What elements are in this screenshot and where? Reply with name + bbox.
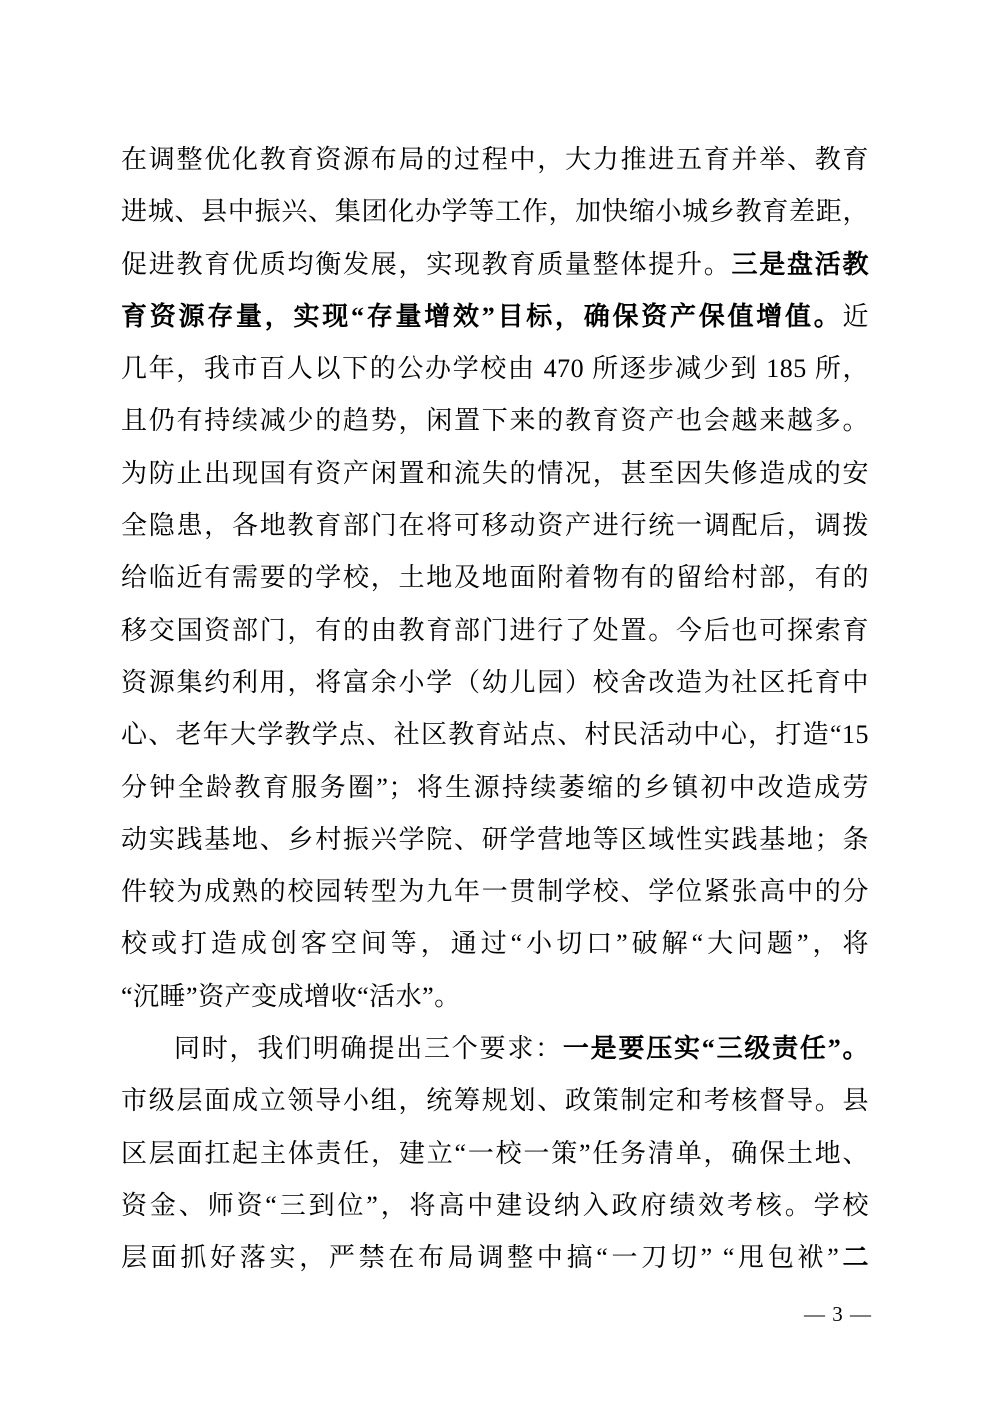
- document-line: “沉睡”资产变成增收“活水”。: [121, 971, 869, 1023]
- document-line: 在调整优化教育资源布局的过程中，大力推进五育并举、教育: [121, 134, 869, 186]
- text-run: 同时，我们明确提出三个要求：: [174, 1034, 563, 1063]
- text-run-bold: 三是盘活教: [731, 250, 869, 279]
- text-run: 资金、师资“三到位”，将高中建设纳入政府绩效考核。学校: [121, 1191, 869, 1220]
- text-run: 资源集约利用，将富余小学（幼儿园）校舍改造为社区托育中: [121, 668, 869, 697]
- document-line: 给临近有需要的学校，土地及地面附着物有的留给村部，有的: [121, 552, 869, 604]
- text-run: 近: [842, 302, 869, 331]
- text-run: 给临近有需要的学校，土地及地面附着物有的留给村部，有的: [121, 563, 869, 592]
- document-line: 且仍有持续减少的趋势，闲置下来的教育资产也会越来越多。: [121, 395, 869, 447]
- text-run: 促进教育优质均衡发展，实现教育质量整体提升。: [121, 250, 731, 279]
- document-line: 市级层面成立领导小组，统筹规划、政策制定和考核督导。县: [121, 1075, 869, 1127]
- document-line: 几年，我市百人以下的公办学校由 470 所逐步减少到 185 所，: [121, 343, 869, 395]
- document-line: 层面抓好落实，严禁在布局调整中搞“一刀切” “甩包袱”二: [121, 1232, 869, 1284]
- text-run: 全隐患，各地教育部门在将可移动资产进行统一调配后，调拨: [121, 511, 869, 540]
- text-run: 层面抓好落实，严禁在布局调整中搞“一刀切” “甩包袱”: [121, 1243, 839, 1272]
- text-run: 件较为成熟的校园转型为九年一贯制学校、学位紧张高中的分: [121, 877, 869, 906]
- text-run: 进城、县中振兴、集团化办学等工作，加快缩小城乡教育差距，: [121, 197, 869, 226]
- document-line: 资源集约利用，将富余小学（幼儿园）校舍改造为社区托育中: [121, 657, 869, 709]
- text-run: 在调整优化教育资源布局的过程中，大力推进五育并举、教育: [121, 145, 869, 174]
- text-run: 为防止出现国有资产闲置和流失的情况，甚至因失修造成的安: [121, 459, 869, 488]
- document-line: 校或打造成创客空间等，通过“小切口”破解“大问题”，将: [121, 918, 869, 970]
- text-run: 且仍有持续减少的趋势，闲置下来的教育资产也会越来越多。: [121, 406, 869, 435]
- text-run-bold: 一是要压实“三级责任”。: [563, 1034, 869, 1063]
- page-number: — 3 —: [804, 1302, 872, 1327]
- document-line: 动实践基地、乡村振兴学院、研学营地等区域性实践基地；条: [121, 814, 869, 866]
- text-run: 几年，我市百人以下的公办学校由 470 所逐步减少到 185 所，: [121, 354, 869, 383]
- document-line: 分钟全龄教育服务圈”；将生源持续萎缩的乡镇初中改造成劳: [121, 762, 869, 814]
- document-line: 为防止出现国有资产闲置和流失的情况，甚至因失修造成的安: [121, 448, 869, 500]
- text-run: 心、老年大学教学点、社区教育站点、村民活动中心，打造“15: [121, 720, 869, 749]
- text-run: 校或打造成创客空间等，通过“小切口”破解“大问题”，将: [121, 929, 869, 958]
- document-line: 进城、县中振兴、集团化办学等工作，加快缩小城乡教育差距，: [121, 186, 869, 238]
- document-line: 移交国资部门，有的由教育部门进行了处置。今后也可探索育: [121, 605, 869, 657]
- document-line: 全隐患，各地教育部门在将可移动资产进行统一调配后，调拨: [121, 500, 869, 552]
- text-run: 分钟全龄教育服务圈”；将生源持续萎缩的乡镇初中改造成劳: [121, 773, 869, 802]
- document-line: 同时，我们明确提出三个要求：一是要压实“三级责任”。: [121, 1023, 869, 1075]
- text-run-bold: 二: [839, 1243, 869, 1272]
- text-run-bold: 育资源存量，实现“存量增效”目标，确保资产保值增值。: [121, 302, 842, 331]
- document-line: 促进教育优质均衡发展，实现教育质量整体提升。三是盘活教: [121, 239, 869, 291]
- document-line: 区层面扛起主体责任，建立“一校一策”任务清单，确保土地、: [121, 1128, 869, 1180]
- document-line: 件较为成熟的校园转型为九年一贯制学校、学位紧张高中的分: [121, 866, 869, 918]
- text-run: 移交国资部门，有的由教育部门进行了处置。今后也可探索育: [121, 616, 869, 645]
- text-run: 市级层面成立领导小组，统筹规划、政策制定和考核督导。县: [121, 1086, 869, 1115]
- document-page: 在调整优化教育资源布局的过程中，大力推进五育并举、教育进城、县中振兴、集团化办学…: [0, 0, 1000, 1414]
- text-run: 动实践基地、乡村振兴学院、研学营地等区域性实践基地；条: [121, 825, 869, 854]
- text-run: 区层面扛起主体责任，建立“一校一策”任务清单，确保土地、: [121, 1139, 869, 1168]
- text-block: 在调整优化教育资源布局的过程中，大力推进五育并举、教育进城、县中振兴、集团化办学…: [121, 134, 869, 1285]
- text-run: “沉睡”资产变成增收“活水”。: [121, 982, 461, 1011]
- document-line: 育资源存量，实现“存量增效”目标，确保资产保值增值。近: [121, 291, 869, 343]
- document-line: 资金、师资“三到位”，将高中建设纳入政府绩效考核。学校: [121, 1180, 869, 1232]
- document-line: 心、老年大学教学点、社区教育站点、村民活动中心，打造“15: [121, 709, 869, 761]
